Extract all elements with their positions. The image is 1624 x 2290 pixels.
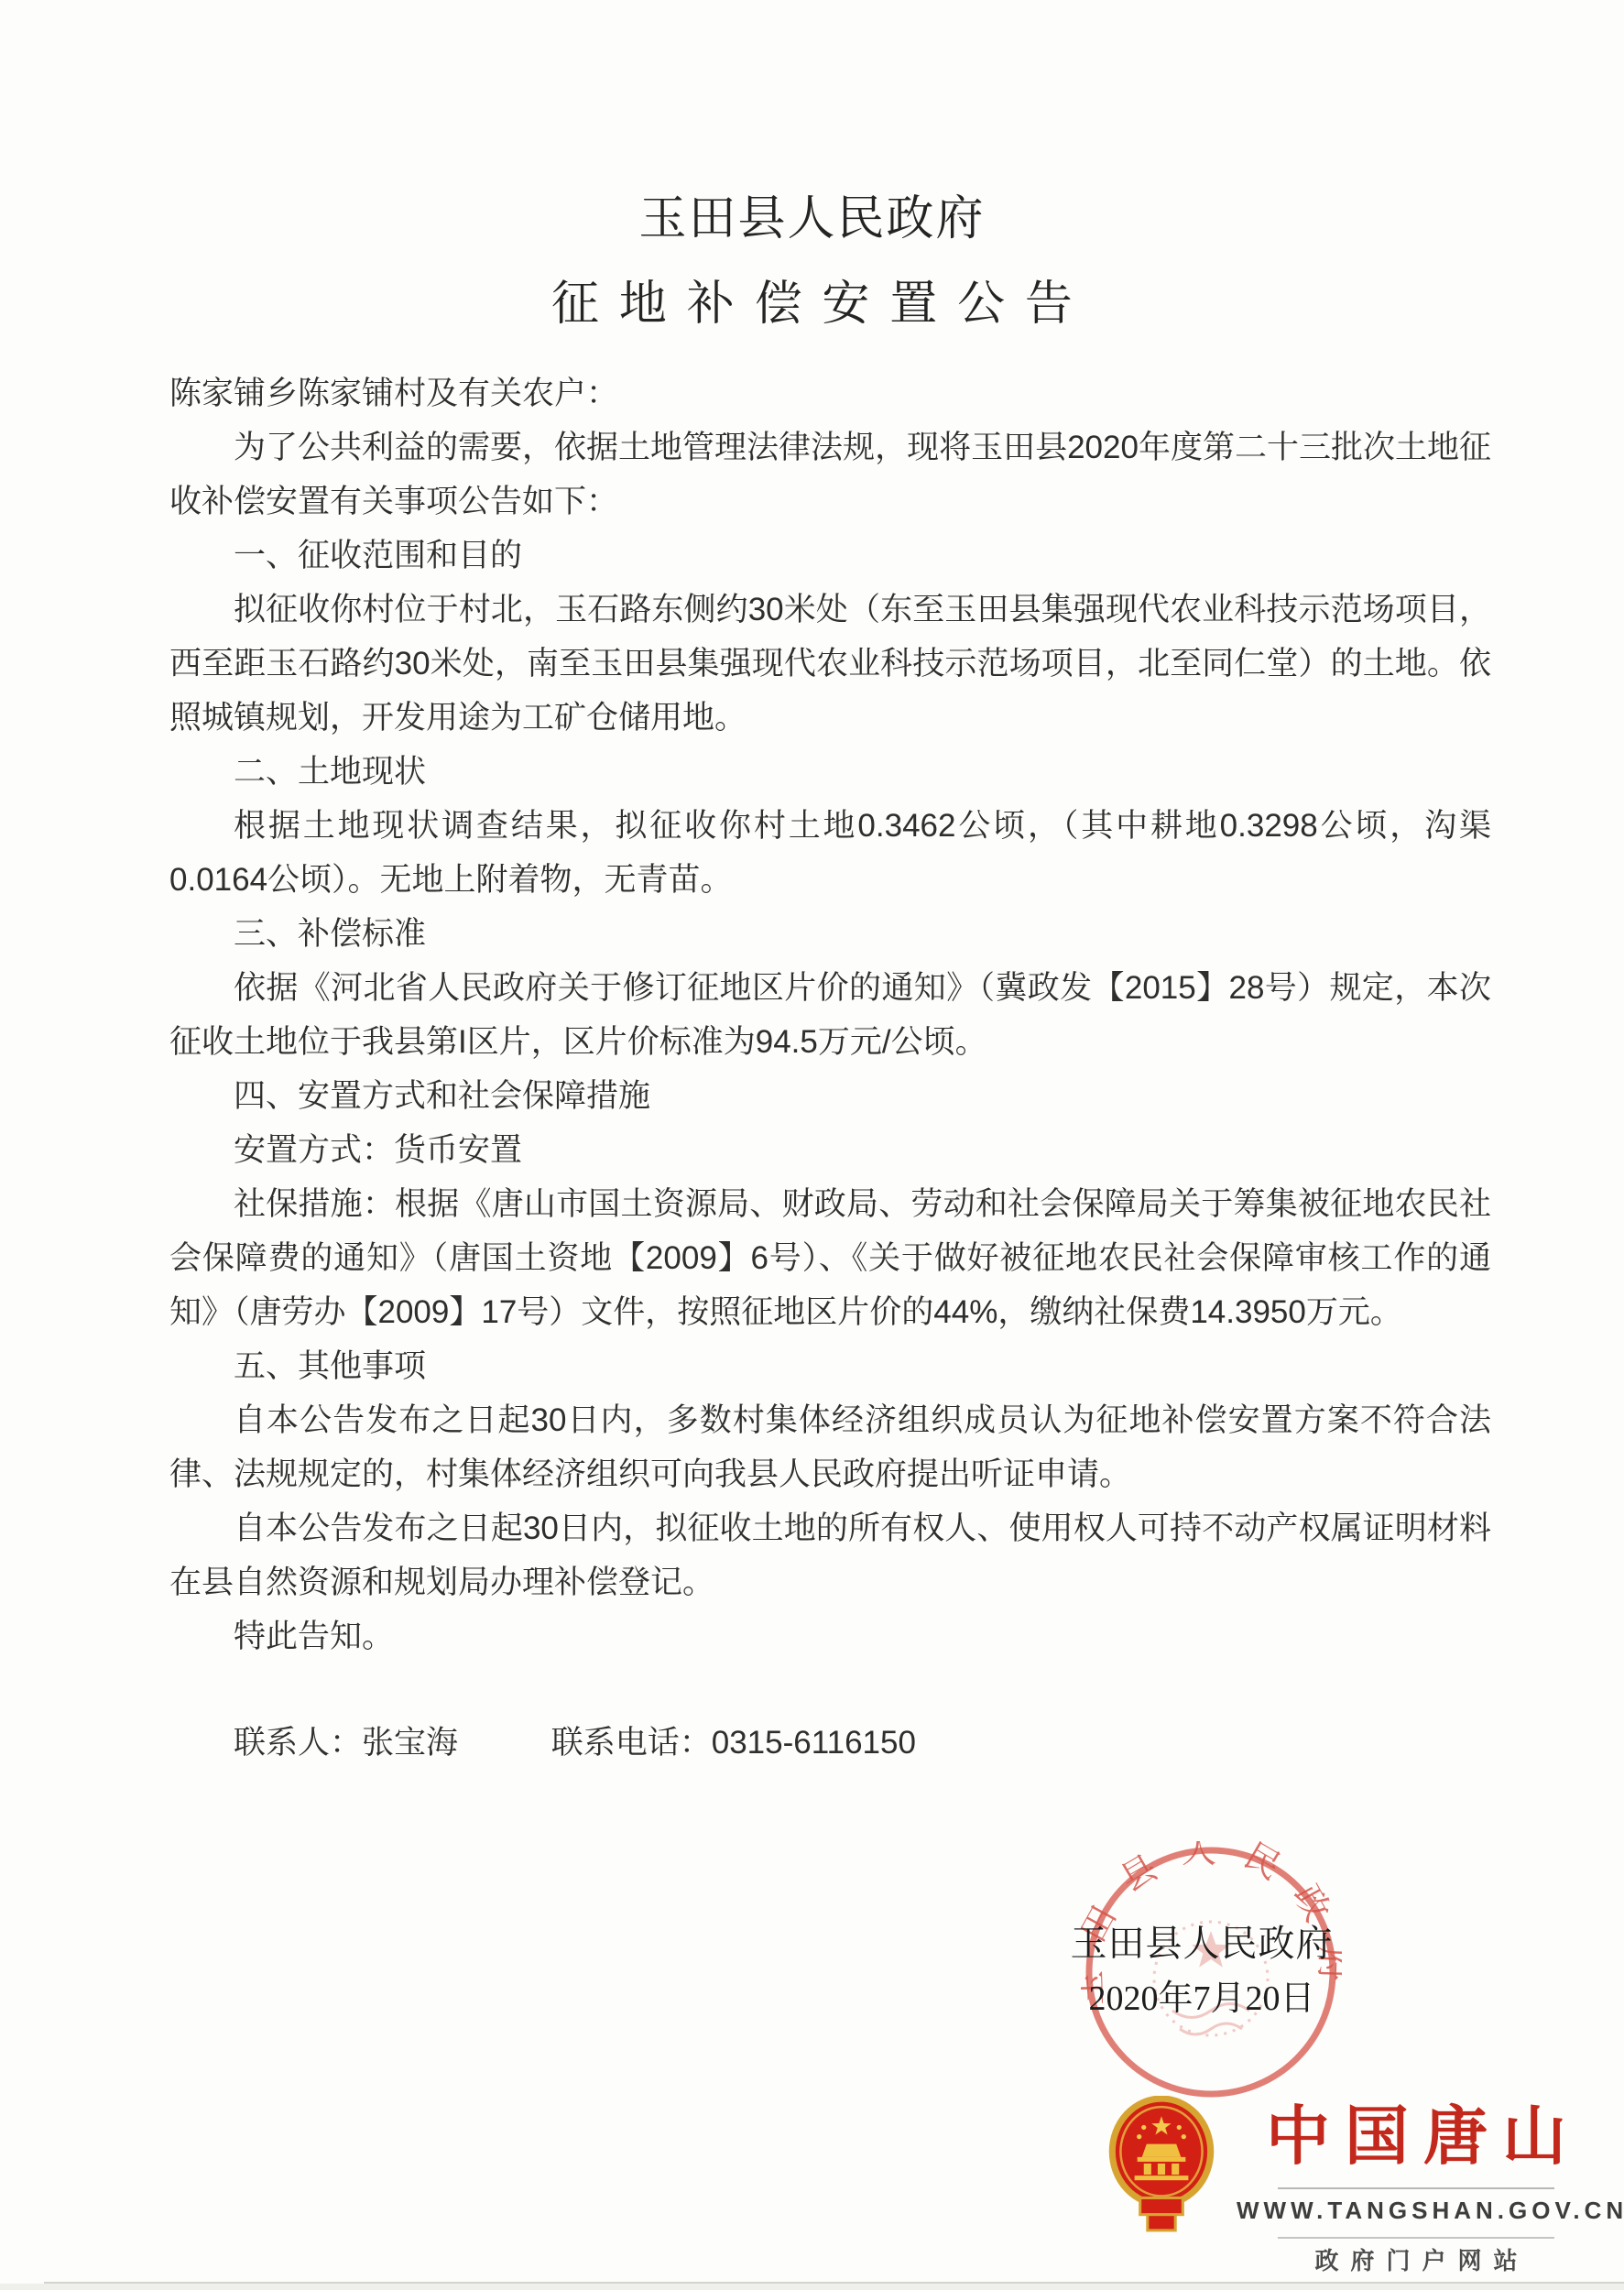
document-page: 玉田县人民政府 征地补偿安置公告 陈家铺乡陈家铺村及有关农户： 为了公共利益的需… — [0, 0, 1624, 2290]
signature-block: 玉田县人民政府 2020年7月20日 — [1050, 1916, 1354, 2026]
section-heading-4: 四、安置方式和社会保障措施 — [169, 1069, 1491, 1123]
document-body: 陈家铺乡陈家铺村及有关农户： 为了公共利益的需要，依据土地管理法律法规，现将玉田… — [169, 366, 1491, 1770]
page-title-org: 玉田县人民政府 — [0, 194, 1624, 245]
signature-org: 玉田县人民政府 — [1050, 1916, 1354, 1971]
portal-logo-block: 中国唐山 WWW.TANGSHAN.GOV.CN 政府门户网站 — [1237, 2098, 1596, 2275]
paragraph-registration: 自本公告发布之日起30日内，拟征收土地的所有权人、使用权人可持不动产权属证明材料… — [169, 1501, 1491, 1609]
paragraph-scope: 拟征收你村位于村北，玉石路东侧约30米处（东至玉田县集强现代农业科技示范场项目，… — [169, 583, 1491, 745]
section-heading-3: 三、补偿标准 — [169, 907, 1491, 961]
national-emblem-icon — [1108, 2096, 1215, 2237]
page-title-subject: 征地补偿安置公告 — [0, 278, 1624, 332]
section-heading-2: 二、土地现状 — [169, 745, 1491, 799]
footer-divider-top — [1278, 2187, 1554, 2189]
paragraph-hearing: 自本公告发布之日起30日内，多数村集体经济组织成员认为征地补偿安置方案不符合法律… — [169, 1393, 1491, 1501]
paragraph-notice-close: 特此告知。 — [169, 1609, 1491, 1663]
signature-date: 2020年7月20日 — [1050, 1971, 1354, 2026]
contact-line: 联系人：张宝海 联系电话：0315-6116150 — [169, 1716, 1491, 1770]
salutation: 陈家铺乡陈家铺村及有关农户： — [169, 366, 1491, 420]
page-bottom-edge — [0, 2284, 1624, 2290]
section-heading-1: 一、征收范围和目的 — [169, 529, 1491, 583]
contact-phone: 联系电话：0315-6116150 — [551, 1725, 916, 1761]
paragraph-land-status: 根据土地现状调查结果，拟征收你村土地0.3462公顷，（其中耕地0.3298公顷… — [169, 799, 1491, 907]
section-heading-5: 五、其他事项 — [169, 1339, 1491, 1393]
footer-caption: 政府门户网站 — [1237, 2246, 1596, 2275]
paragraph-social-security: 社保措施：根据《唐山市国土资源局、财政局、劳动和社会保障局关于筹集被征地农民社会… — [169, 1177, 1491, 1339]
paragraph-compensation: 依据《河北省人民政府关于修订征地区片价的通知》（冀政发【2015】28号）规定，… — [169, 961, 1491, 1069]
footer-brand: 中国唐山 — [1237, 2098, 1596, 2178]
contact-person: 联系人：张宝海 — [234, 1725, 458, 1761]
paragraph-intro: 为了公共利益的需要，依据土地管理法律法规，现将玉田县2020年度第二十三批次土地… — [169, 420, 1491, 529]
paragraph-resettlement: 安置方式：货币安置 — [169, 1123, 1491, 1177]
footer-divider-bottom — [1278, 2237, 1554, 2239]
footer-url: WWW.TANGSHAN.GOV.CN — [1237, 2197, 1596, 2224]
